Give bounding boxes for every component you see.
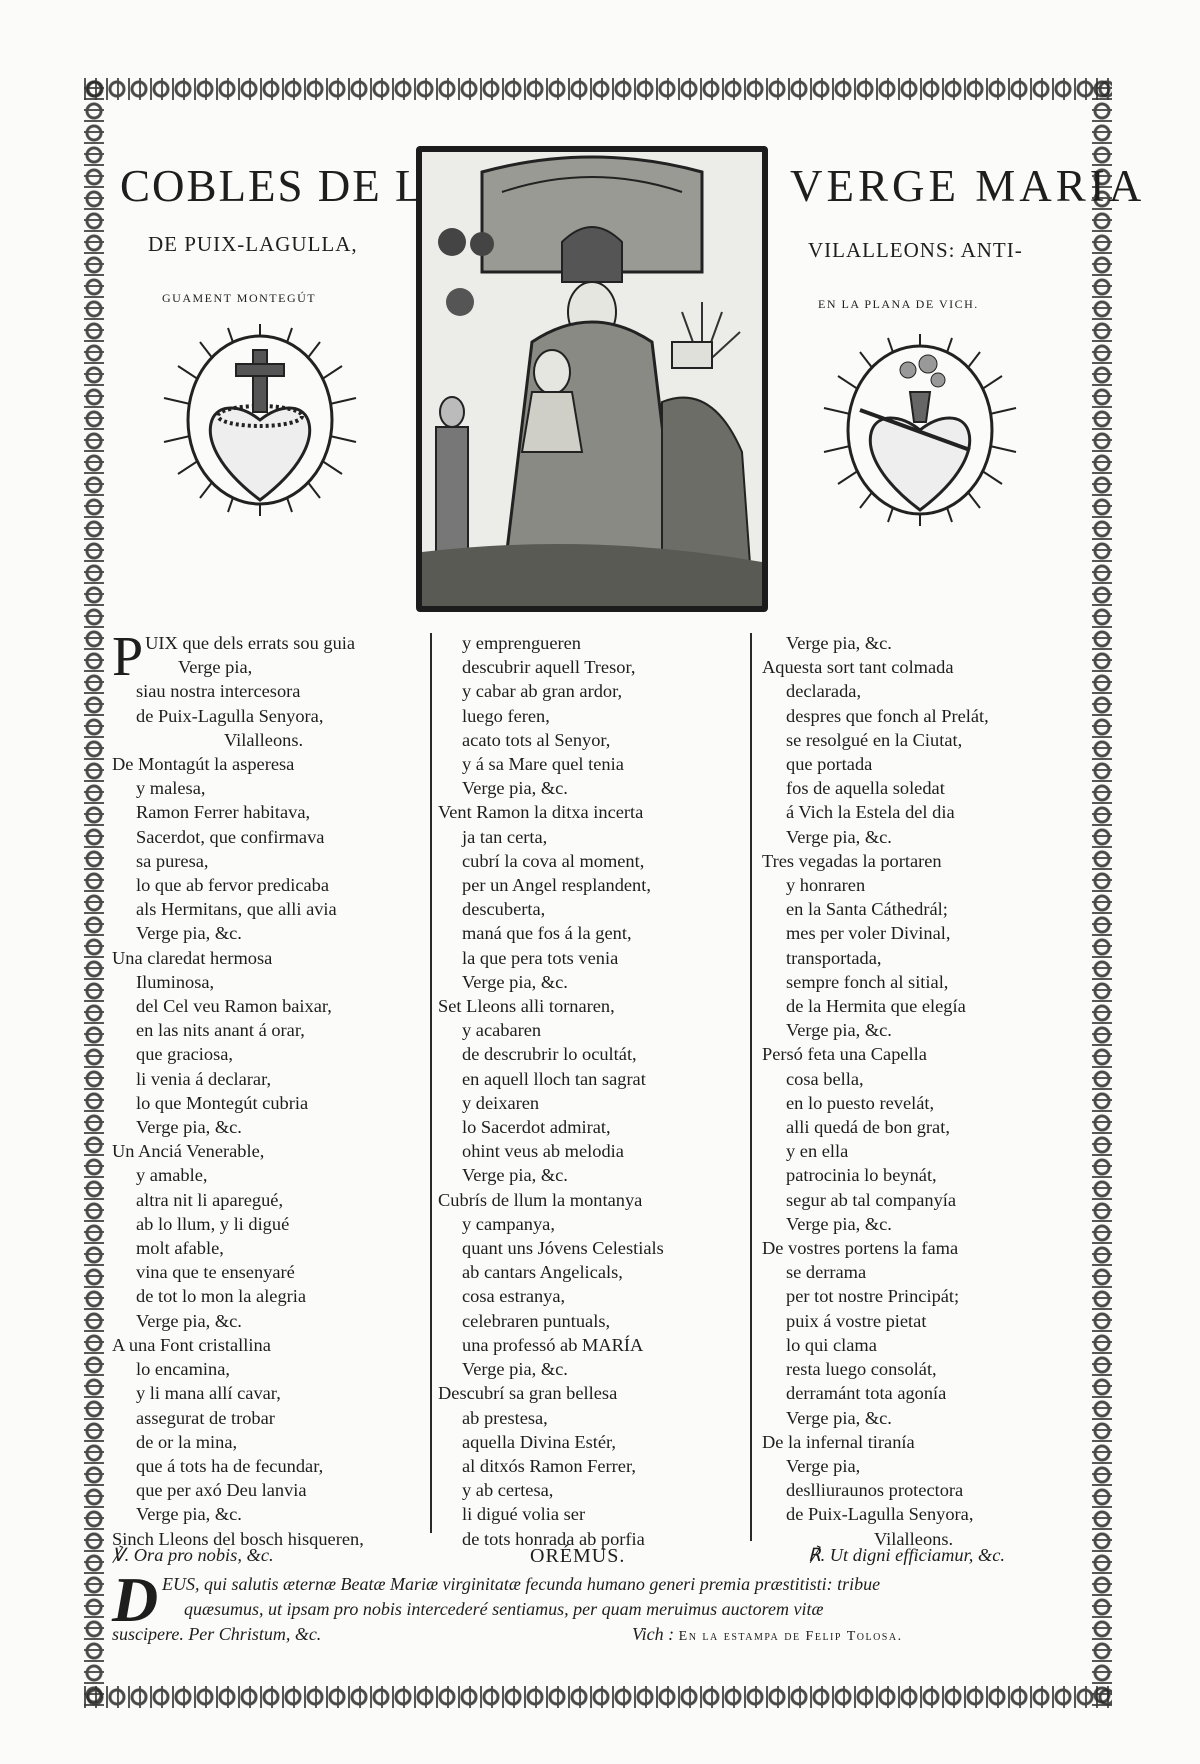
verse-line: y en ella	[762, 1139, 1082, 1163]
verse-line: li venia á declarar,	[112, 1067, 430, 1091]
verse-line: y li mana allí cavar,	[112, 1381, 430, 1405]
verse-line: Verge pia, &c.	[762, 1212, 1082, 1236]
verse-line: ohint veus ab melodia	[438, 1139, 738, 1163]
verse-line: derramánt tota agonía	[762, 1381, 1082, 1405]
verse-line: descuberta,	[438, 897, 738, 921]
broadside-page: COBLES DE LA VERGE MARIA DE PUIX-LAGULLA…	[0, 0, 1200, 1764]
verse-line: puix á vostre pietat	[762, 1309, 1082, 1333]
subtitle-left: DE PUIX-LAGULLA,	[148, 232, 358, 257]
verse-line: assegurat de trobar	[112, 1406, 430, 1430]
verse-line: Tres vegadas la portaren	[762, 849, 1082, 873]
verse-line: transportada,	[762, 946, 1082, 970]
verse-line: al ditxós Ramon Ferrer,	[438, 1454, 738, 1478]
verse-line: de Puix-Lagulla Senyora,	[762, 1502, 1082, 1526]
verse-line: Ramon Ferrer habitava,	[112, 800, 430, 824]
verse-line: acato tots al Senyor,	[438, 728, 738, 752]
verse-line: que graciosa,	[112, 1042, 430, 1066]
verse-line: y ab certesa,	[438, 1478, 738, 1502]
verse-line: Sacerdot, que confirmava	[112, 825, 430, 849]
verse-line: UIX que dels errats sou guia	[112, 631, 430, 655]
verse-line: y deixaren	[438, 1091, 738, 1115]
verse-line: Vilalleons.	[112, 728, 430, 752]
verse-line: per tot nostre Principát;	[762, 1284, 1082, 1308]
verse-line: Verge pia, &c.	[438, 1357, 738, 1381]
verse-line: Persó feta una Capella	[762, 1042, 1082, 1066]
verse-line: se derrama	[762, 1260, 1082, 1284]
verse-line: mes per voler Divinal,	[762, 921, 1082, 945]
verse-line: per un Angel resplandent,	[438, 873, 738, 897]
verse-line: A una Font cristallina	[112, 1333, 430, 1357]
verse-line: vina que te ensenyaré	[112, 1260, 430, 1284]
verse-line: lo Sacerdot admirat,	[438, 1115, 738, 1139]
verse-line: ab prestesa,	[438, 1406, 738, 1430]
verse-line: Cubrís de llum la montanya	[438, 1188, 738, 1212]
border-right	[1092, 78, 1112, 1708]
verse-line: y malesa,	[112, 776, 430, 800]
small-caption-left: GUAMENT MONTEGÚT	[162, 291, 316, 306]
verse-line: lo que Montegút cubria	[112, 1091, 430, 1115]
verse-line: ab lo llum, y li digué	[112, 1212, 430, 1236]
verse-line: Aquesta sort tant colmada	[762, 655, 1082, 679]
verse-line: en lo puesto revelát,	[762, 1091, 1082, 1115]
verse-column-2: y emprengueren descubrir aquell Tresor, …	[438, 631, 738, 1551]
verse-line: ja tan certa,	[438, 825, 738, 849]
verse-line: de descrubrir lo ocultát,	[438, 1042, 738, 1066]
oremus-heading: ORÉMUS.	[530, 1545, 625, 1568]
verse-line: Descubrí sa gran bellesa	[438, 1381, 738, 1405]
verse-line: molt afable,	[112, 1236, 430, 1260]
verse-line: deslliuraunos protectora	[762, 1478, 1082, 1502]
versicle: ℣. Ora pro nobis, &c.	[112, 1545, 274, 1566]
verse-line: Iluminosa,	[112, 970, 430, 994]
column-divider	[430, 633, 432, 1533]
verse-line: y cabar ab gran ardor,	[438, 679, 738, 703]
prayer-line: suscipere. Per Christum, &c.	[112, 1622, 321, 1647]
verse-line: Verge pia, &c.	[112, 1309, 430, 1333]
verse-line: que per axó Deu lanvia	[112, 1478, 430, 1502]
small-caption-right: EN LA PLANA DE VICH.	[818, 297, 979, 312]
verse-line: lo encamina,	[112, 1357, 430, 1381]
verse-line: De la infernal tiranía	[762, 1430, 1082, 1454]
drop-cap: P	[112, 635, 143, 679]
verse-line: Verge pia, &c.	[762, 631, 1082, 655]
verse-line: y honraren	[762, 873, 1082, 897]
verse-line: Verge pia,	[112, 655, 430, 679]
verse-line: Verge pia, &c.	[438, 776, 738, 800]
border-top	[84, 78, 1112, 100]
verse-line: cubrí la cova al moment,	[438, 849, 738, 873]
verse-line: maná que fos á la gent,	[438, 921, 738, 945]
verse-line: en la Santa Cáthedrál;	[762, 897, 1082, 921]
heart-with-flowers-and-sword-icon	[820, 330, 1020, 530]
verse-line: celebraren puntuals,	[438, 1309, 738, 1333]
verse-line: despres que fonch al Prelát,	[762, 704, 1082, 728]
verse-line: patrocinia lo beynát,	[762, 1163, 1082, 1187]
subtitle-right: VILALLEONS: ANTI-	[808, 238, 1023, 263]
verse-line: en aquell lloch tan sagrat	[438, 1067, 738, 1091]
verse-line: de Puix-Lagulla Senyora,	[112, 704, 430, 728]
imprint-text: En la estampa de Felip Tolosa.	[679, 1629, 903, 1644]
verse-column-3: Verge pia, &c. Aquesta sort tant colmada…	[762, 631, 1082, 1551]
verse-line: aquella Divina Estér,	[438, 1430, 738, 1454]
verse-line: sempre fonch al sitial,	[762, 970, 1082, 994]
border-left	[84, 78, 104, 1708]
verse-line: descubrir aquell Tresor,	[438, 655, 738, 679]
verse-line: y á sa Mare quel tenia	[438, 752, 738, 776]
verse-line: Verge pia, &c.	[762, 1018, 1082, 1042]
verse-line: á Vich la Estela del dia	[762, 800, 1082, 824]
verse-line: alli quedá de bon grat,	[762, 1115, 1082, 1139]
verse-line: lo qui clama	[762, 1333, 1082, 1357]
verse-line: la que pera tots venia	[438, 946, 738, 970]
printer-imprint: Vich : En la estampa de Felip Tolosa.	[632, 1622, 903, 1649]
verse-line: sa puresa,	[112, 849, 430, 873]
prayer-line: quæsumus, ut ipsam pro nobis intercederé…	[184, 1597, 823, 1622]
verse-line: que á tots ha de fecundar,	[112, 1454, 430, 1478]
verse-line: Una claredat hermosa	[112, 946, 430, 970]
column-divider	[750, 633, 752, 1541]
verse-line: del Cel veu Ramon baixar,	[112, 994, 430, 1018]
response: ℟. Ut digni efficiamur, &c.	[808, 1545, 1005, 1566]
verse-line: Verge pia,	[762, 1454, 1082, 1478]
verse-line: Verge pia, &c.	[112, 921, 430, 945]
verse-line: luego feren,	[438, 704, 738, 728]
verse-line: Verge pia, &c.	[762, 1406, 1082, 1430]
verse-line: y acabaren	[438, 1018, 738, 1042]
verse-line: resta luego consolát,	[762, 1357, 1082, 1381]
verse-line: li digué volia ser	[438, 1502, 738, 1526]
verse-line: de la Hermita que elegía	[762, 994, 1082, 1018]
verse-line: se resolgué en la Ciutat,	[762, 728, 1082, 752]
verse-line: y campanya,	[438, 1212, 738, 1236]
title-right: VERGE MARIA	[790, 160, 1145, 212]
verse-line: altra nit li aparegué,	[112, 1188, 430, 1212]
verse-line: en las nits anant á orar,	[112, 1018, 430, 1042]
verse-line: Set Lleons alli tornaren,	[438, 994, 738, 1018]
sacred-heart-with-cross-icon	[160, 320, 360, 520]
verse-line: De Montagút la asperesa	[112, 752, 430, 776]
verse-line: Verge pia, &c.	[438, 1163, 738, 1187]
verse-column-1: P UIX que dels errats sou guia Verge pia…	[112, 631, 430, 1551]
verse-line: ab cantars Angelicals,	[438, 1260, 738, 1284]
verse-line: Vent Ramon la ditxa incerta	[438, 800, 738, 824]
verse-line: de or la mina,	[112, 1430, 430, 1454]
verse-line: quant uns Jóvens Celestials	[438, 1236, 738, 1260]
woodcut-virgin-and-child	[416, 146, 768, 612]
border-bottom	[84, 1686, 1112, 1708]
imprint-place: Vich :	[632, 1624, 674, 1644]
verse-line: De vostres portens la fama	[762, 1236, 1082, 1260]
verse-line: lo que ab fervor predicaba	[112, 873, 430, 897]
prayer-drop-cap: D	[112, 1570, 158, 1630]
verse-line: segur ab tal companyía	[762, 1188, 1082, 1212]
verse-line: y amable,	[112, 1163, 430, 1187]
verse-line: Verge pia, &c.	[762, 825, 1082, 849]
verse-line: Verge pia, &c.	[438, 970, 738, 994]
verse-line: y emprengueren	[438, 631, 738, 655]
verse-line: que portada	[762, 752, 1082, 776]
verse-line: de tot lo mon la alegria	[112, 1284, 430, 1308]
verse-line: una professó ab MARÍA	[438, 1333, 738, 1357]
title-left: COBLES DE LA	[120, 160, 459, 212]
prayer-line: EUS, qui salutis æternæ Beatæ Mariæ virg…	[162, 1572, 880, 1597]
verse-line: declarada,	[762, 679, 1082, 703]
verse-line: siau nostra intercesora	[112, 679, 430, 703]
verse-line: Un Anciá Venerable,	[112, 1139, 430, 1163]
verse-line: cosa bella,	[762, 1067, 1082, 1091]
verse-line: Verge pia, &c.	[112, 1502, 430, 1526]
verse-line: fos de aquella soledat	[762, 776, 1082, 800]
verse-line: als Hermitans, que alli avia	[112, 897, 430, 921]
verse-line: cosa estranya,	[438, 1284, 738, 1308]
verse-line: Verge pia, &c.	[112, 1115, 430, 1139]
